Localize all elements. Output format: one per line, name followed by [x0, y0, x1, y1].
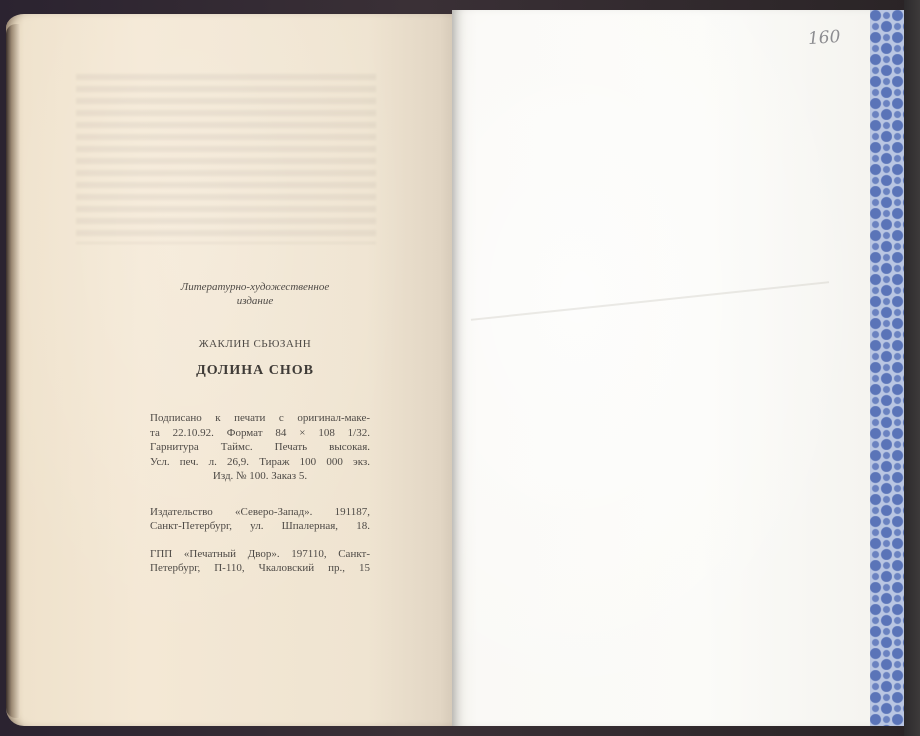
detail-line: Подписано к печати с оригинал-маке-	[150, 411, 370, 426]
printer-info: ГПП «Печатный Двор». 197110, Санкт- Пете…	[140, 547, 370, 576]
handwritten-page-number: 160	[807, 27, 841, 49]
publisher-line: Издательство «Северо-Запад». 191187,	[150, 505, 370, 520]
genre-line: Литературно-художественное	[140, 280, 370, 294]
publisher-line: Санкт-Петербург, ул. Шпалерная, 18.	[150, 519, 370, 534]
publisher-info: Издательство «Северо-Запад». 191187, Сан…	[140, 505, 370, 534]
print-details: Подписано к печати с оригинал-маке- та 2…	[140, 411, 370, 484]
detail-line: та 22.10.92. Формат 84 × 108 1/32.	[150, 426, 370, 441]
page-edge	[6, 24, 20, 718]
colophon: Литературно-художественное издание ЖАКЛИ…	[140, 280, 370, 576]
show-through-text	[76, 74, 376, 244]
patterned-endpaper	[870, 10, 904, 726]
printer-line: ГПП «Печатный Двор». 197110, Санкт-	[150, 547, 370, 562]
genre-line: издание	[140, 294, 370, 308]
book-title: ДОЛИНА СНОВ	[140, 363, 370, 379]
cover-edge	[904, 0, 920, 736]
author-name: ЖАКЛИН СЬЮЗАНН	[140, 338, 370, 350]
printer-line: Петербург, П-110, Чкаловский пр., 15	[150, 561, 370, 576]
detail-line: Гарнитура Таймс. Печать высокая.	[150, 440, 370, 455]
right-page	[452, 10, 870, 726]
detail-line: Усл. печ. л. 26,9. Тираж 100 000 экз.	[150, 455, 370, 470]
detail-line: Изд. № 100. Заказ 5.	[150, 469, 370, 484]
genre-label: Литературно-художественное издание	[140, 280, 370, 308]
